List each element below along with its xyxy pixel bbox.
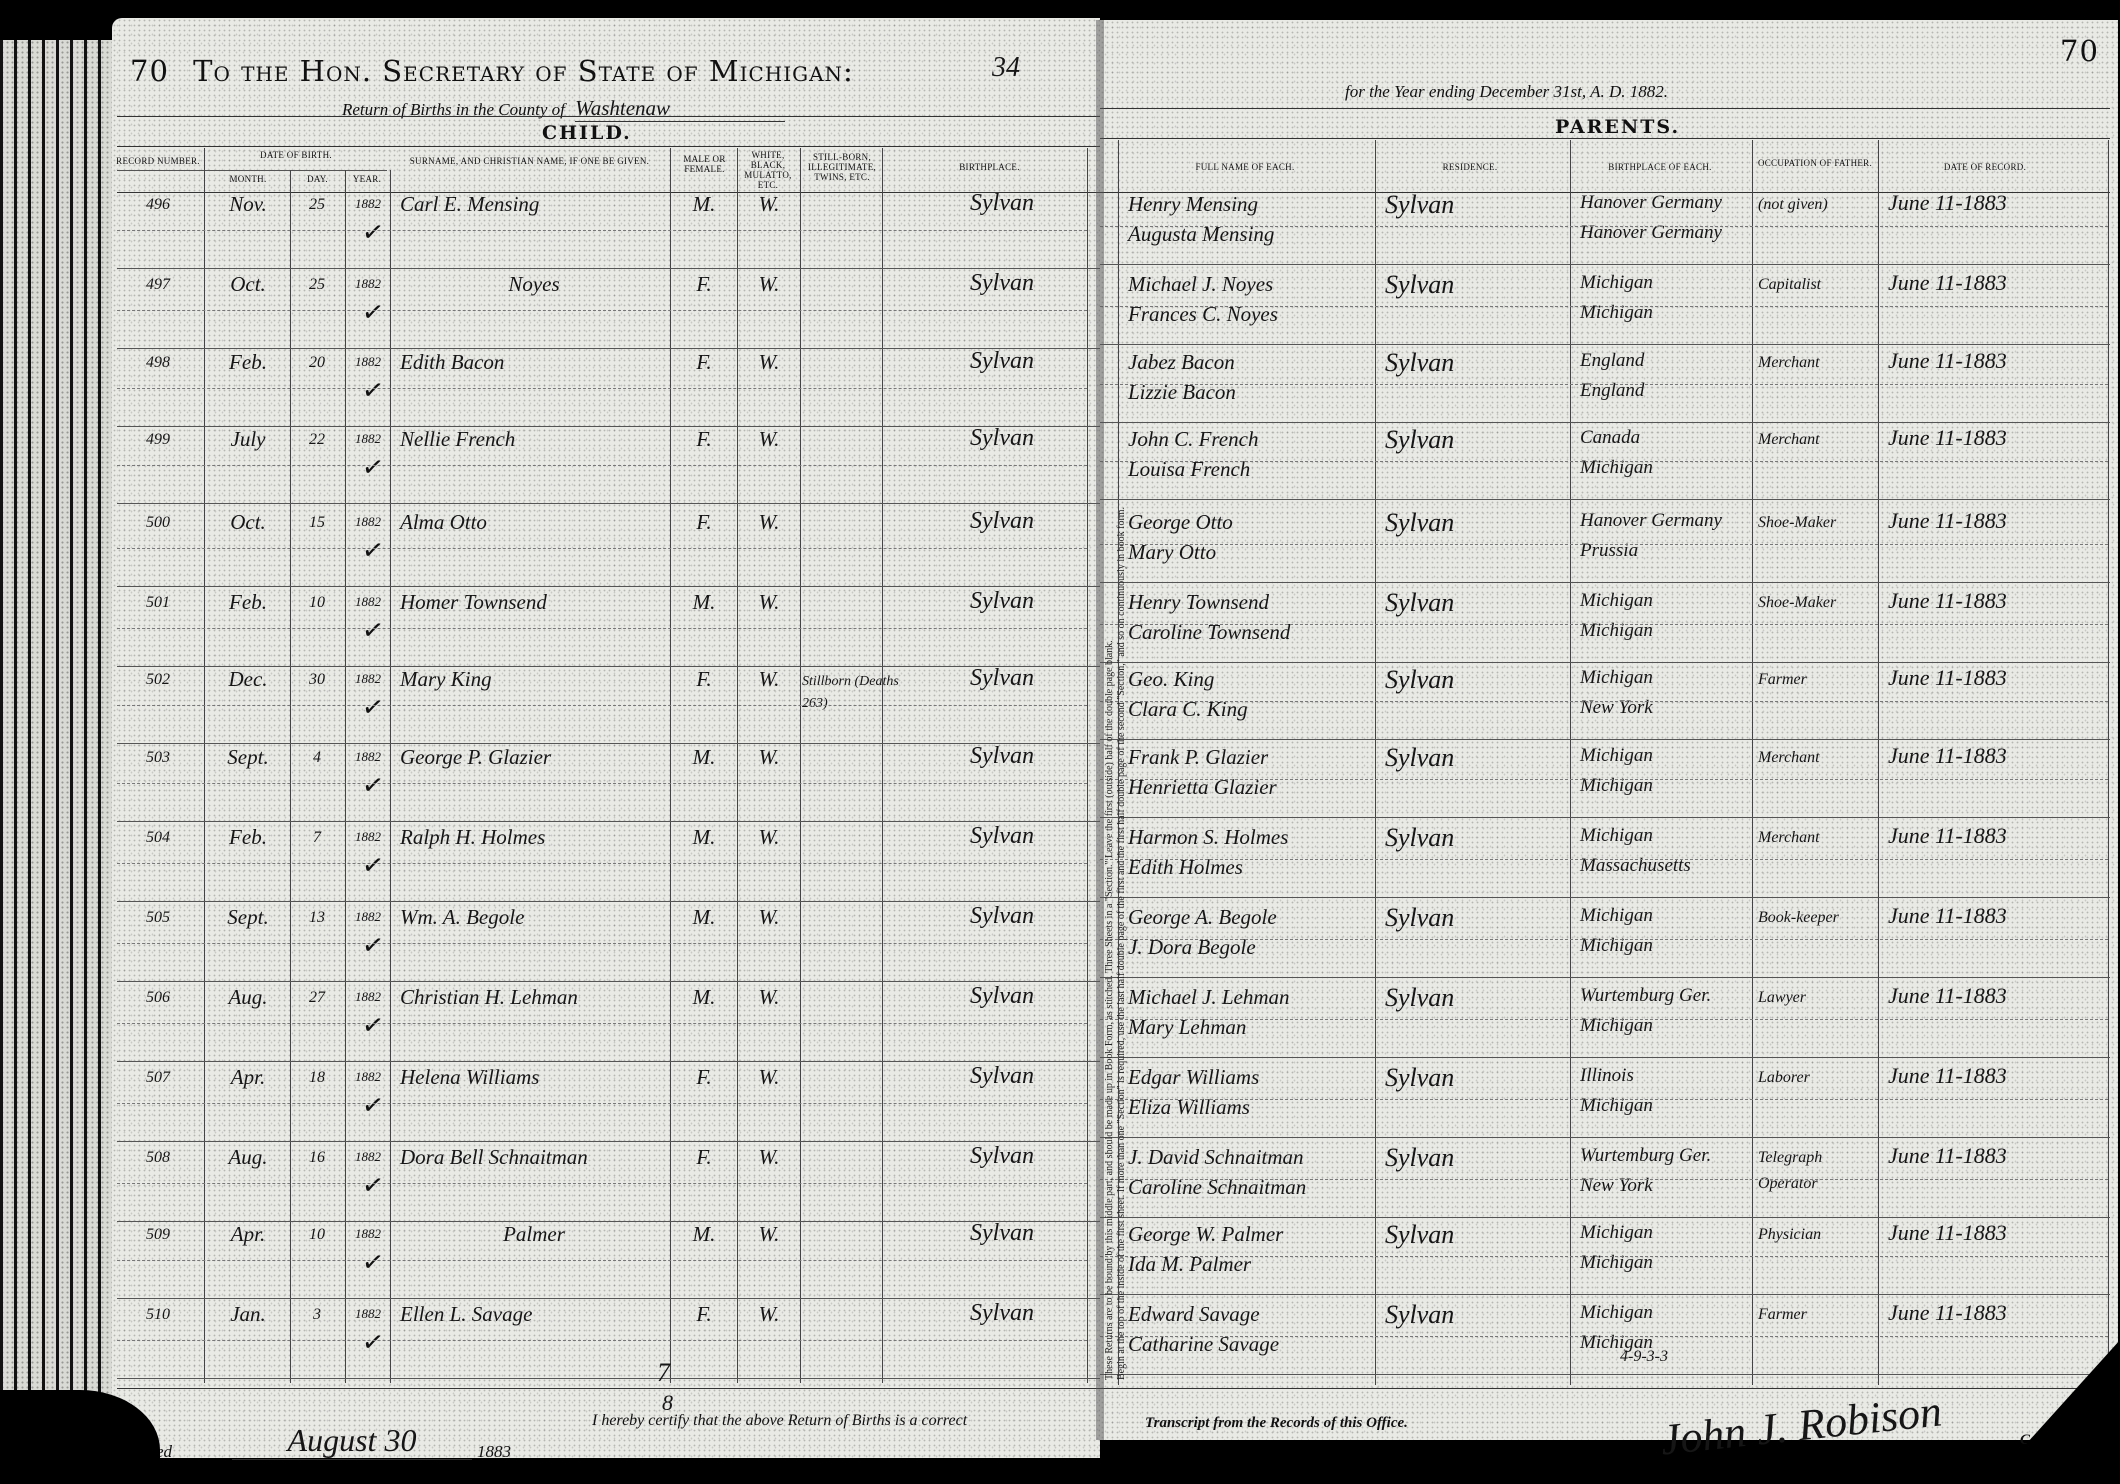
col-occupation: Occupation of Father. [1755,158,1875,168]
parents-residence: Sylvan [1385,1300,1454,1330]
birth-year: 1882 [347,749,389,765]
row-divider [117,981,1100,982]
row-divider-minor [1100,1256,2108,1257]
year-ending-line: for the Year ending December 31st, A. D.… [1345,82,1668,102]
father-birthplace: Illinois [1580,1065,1634,1087]
col-residence: Residence. [1375,162,1565,172]
row-divider-minor [117,465,1087,466]
birth-year: 1882 [347,594,389,610]
parents-residence: Sylvan [1385,1143,1454,1173]
father-birthplace: Wurtemburg Ger. [1580,985,1711,1007]
birth-day: 27 [292,989,342,1007]
child-name: Ellen L. Savage [400,1302,668,1327]
child-name: Ralph H. Holmes [400,825,668,850]
record-number: 505 [116,909,200,927]
child-race: W. [740,745,798,770]
child-name: Nellie French [400,427,668,452]
father-birthplace: Hanover Germany [1580,192,1722,214]
birth-month: Sept. [208,905,288,930]
birth-day: 7 [292,829,342,847]
record-number: 507 [116,1069,200,1087]
birth-year: 1882 [347,196,389,212]
record-number: 503 [116,749,200,767]
child-birthplace: Sylvan [922,270,1082,297]
birth-year: 1882 [347,354,389,370]
row-divider [117,901,1100,902]
child-birthplace: Sylvan [922,1063,1082,1090]
birth-day: 18 [292,1069,342,1087]
father-birthplace: Michigan [1580,1302,1653,1324]
father-occupation: Farmer [1758,1302,1876,1328]
col-day: Day. [290,174,345,184]
child-birthplace: Sylvan [922,588,1082,615]
dated-year: 1883 [477,1442,511,1462]
child-race: W. [740,1222,798,1247]
birth-day: 13 [292,909,342,927]
father-name: George Otto [1128,510,1233,535]
child-sex: M. [674,905,734,930]
return-of-births-line: Return of Births in the County of Washte… [342,96,785,122]
row-divider [1100,1057,2110,1058]
birth-month: Nov. [208,192,288,217]
birth-year: 1882 [347,514,389,530]
father-name: Henry Townsend [1128,590,1269,615]
birth-day: 25 [292,276,342,294]
checkmark-icon: ✓ [360,375,386,408]
date-of-record: June 11-1883 [1888,665,2007,691]
child-birthplace: Sylvan [922,743,1082,770]
father-occupation: Laborer [1758,1065,1876,1091]
child-name: Homer Townsend [400,590,668,615]
row-divider-minor [1100,939,2108,940]
child-name: Palmer [400,1222,668,1247]
father-birthplace: Michigan [1580,905,1653,927]
birth-month: Oct. [208,272,288,297]
row-divider [1100,1137,2110,1138]
child-race: W. [740,1302,798,1327]
gutter-instructions-line1: These Returns are to be bound by this mi… [1104,640,1115,1380]
birth-year: 1882 [347,1306,389,1322]
row-divider-minor [1100,624,2108,625]
child-sex: M. [674,985,734,1010]
row-divider-minor [117,1260,1087,1261]
book-binding-edge [0,40,112,1440]
child-sex: F. [674,1145,734,1170]
record-number: 509 [116,1226,200,1244]
father-occupation: Shoe-Maker [1758,590,1876,616]
child-sex: F. [674,1302,734,1327]
margin-note: 4-9-3-3 [1620,1348,1668,1366]
child-race: W. [740,510,798,535]
parents-residence: Sylvan [1385,270,1454,300]
row-divider-minor [1100,779,2108,780]
child-birthplace: Sylvan [922,348,1082,375]
row-divider [117,821,1100,822]
col-date-of-record: Date of Record. [1885,162,2085,172]
row-divider [117,1141,1100,1142]
child-birthplace: Sylvan [922,903,1082,930]
date-of-record: June 11-1883 [1888,1143,2007,1169]
row-divider-minor [117,1340,1087,1341]
birth-month: Apr. [208,1222,288,1247]
child-name: Dora Bell Schnaitman [400,1145,668,1170]
birth-month: Aug. [208,985,288,1010]
parents-residence: Sylvan [1385,190,1454,220]
birth-month: Sept. [208,745,288,770]
row-divider [1100,977,2110,978]
row-divider-minor [117,1103,1087,1104]
row-divider [1100,897,2110,898]
col-race: White, Black, Mulatto, Etc. [737,150,799,190]
birth-year: 1882 [347,989,389,1005]
date-of-record: June 11-1883 [1888,190,2007,216]
father-name: Harmon S. Holmes [1128,825,1288,850]
birth-day: 4 [292,749,342,767]
page-gutter [1096,20,1104,1440]
father-name: Edgar Williams [1128,1065,1259,1090]
birth-month: Jan. [208,1302,288,1327]
child-name: Mary King [400,667,668,692]
child-sex: M. [674,590,734,615]
birth-day: 22 [292,431,342,449]
checkmark-icon: ✓ [360,850,386,883]
col-still-born: Still-born, Illegitimate, Twins, Etc. [802,152,882,182]
child-name: Christian H. Lehman [400,985,668,1010]
parents-residence: Sylvan [1385,425,1454,455]
checkmark-icon: ✓ [360,615,386,648]
birth-month: Feb. [208,350,288,375]
birth-day: 15 [292,514,342,532]
gutter-instructions-line2: Begin at the top of the inside of the fi… [1116,507,1127,1380]
father-birthplace: Michigan [1580,1222,1653,1244]
row-divider-minor [1100,1336,2108,1337]
father-birthplace: Michigan [1580,272,1653,294]
date-of-record: June 11-1883 [1888,588,2007,614]
checkmark-icon: ✓ [360,535,386,568]
father-occupation: Lawyer [1758,985,1876,1011]
row-divider-minor [117,783,1087,784]
date-of-record: June 11-1883 [1888,348,2007,374]
birth-year: 1882 [347,829,389,845]
date-of-record: June 11-1883 [1888,903,2007,929]
father-occupation: Capitalist [1758,272,1876,298]
checkmark-icon: ✓ [360,452,386,485]
col-year: Year. [345,174,389,184]
checkmark-icon: ✓ [360,770,386,803]
child-race: W. [740,272,798,297]
parents-residence: Sylvan [1385,508,1454,538]
row-divider-minor [1100,859,2108,860]
birth-day: 25 [292,196,342,214]
child-race: W. [740,350,798,375]
checkmark-icon: ✓ [360,1327,386,1360]
father-birthplace: Hanover Germany [1580,510,1722,532]
row-divider [1100,1374,2110,1375]
row-divider-minor [117,1183,1087,1184]
birth-year: 1882 [347,431,389,447]
dated-value: August 30 [232,1422,472,1460]
birth-day: 20 [292,354,342,372]
child-sex: F. [674,1065,734,1090]
row-divider-minor [117,1023,1087,1024]
tally-mark-top: 7 [657,1358,670,1388]
birth-month: Apr. [208,1065,288,1090]
child-sex: M. [674,825,734,850]
row-divider [117,503,1100,504]
page-number-right: 70 [2060,34,2099,68]
right-page: 70 for the Year ending December 31st, A.… [1100,20,2118,1440]
col-birthplace: Birthplace. [892,162,1087,172]
father-birthplace: Michigan [1580,590,1653,612]
birth-year: 1882 [347,1149,389,1165]
date-of-record: June 11-1883 [1888,1220,2007,1246]
record-number: 498 [116,354,200,372]
father-occupation: (not given) [1758,192,1876,218]
checkmark-icon: ✓ [360,1247,386,1280]
row-divider-minor [117,230,1087,231]
father-name: Frank P. Glazier [1128,745,1268,770]
parents-column-headers: Full Name of Each. Residence. Birthplace… [1100,140,2110,192]
birth-month: Oct. [208,510,288,535]
child-race: W. [740,1065,798,1090]
child-name: Noyes [400,272,668,297]
father-name: Geo. King [1128,667,1214,692]
father-occupation: Merchant [1758,350,1876,376]
parents-residence: Sylvan [1385,743,1454,773]
child-sex: M. [674,745,734,770]
row-divider-minor [1100,461,2108,462]
row-divider [117,1298,1100,1299]
father-occupation: Merchant [1758,427,1876,453]
child-birthplace: Sylvan [922,190,1082,217]
child-race: W. [740,590,798,615]
father-occupation: Shoe-Maker [1758,510,1876,536]
record-number: 496 [116,196,200,214]
child-birthplace: Sylvan [922,983,1082,1010]
left-page: 70 To the Hon. Secretary of State of Mic… [112,18,1100,1458]
child-race: W. [740,905,798,930]
col-surname: Surname, and Christian Name, if one be g… [392,156,667,166]
father-name: Michael J. Noyes [1128,272,1273,297]
row-divider [117,268,1100,269]
checkmark-icon: ✓ [360,1010,386,1043]
child-name: Carl E. Mensing [400,192,668,217]
record-number: 497 [116,276,200,294]
parents-residence: Sylvan [1385,903,1454,933]
record-number: 506 [116,989,200,1007]
birth-month: Feb. [208,825,288,850]
child-sex: F. [674,272,734,297]
row-divider-minor [117,628,1087,629]
birth-day: 30 [292,671,342,689]
child-race: W. [740,427,798,452]
child-race: W. [740,825,798,850]
col-full-name: Full Name of Each. [1120,162,1370,172]
child-birthplace: Sylvan [922,665,1082,692]
record-number: 500 [116,514,200,532]
checkmark-icon: ✓ [360,1170,386,1203]
row-divider-minor [117,388,1087,389]
child-name: Alma Otto [400,510,668,535]
child-race: W. [740,192,798,217]
row-divider-minor [1100,544,2108,545]
row-divider-minor [1100,384,2108,385]
birth-year: 1882 [347,909,389,925]
father-occupation: Merchant [1758,825,1876,851]
father-name: Jabez Bacon [1128,350,1235,375]
child-name: Helena Williams [400,1065,668,1090]
row-divider-minor [117,705,1087,706]
row-divider [1100,499,2110,500]
checkmark-icon: ✓ [360,692,386,725]
parents-residence: Sylvan [1385,1063,1454,1093]
checkmark-icon: ✓ [360,930,386,963]
still-born-note: Stillborn (Deaths 263) [802,671,922,715]
child-sex: F. [674,510,734,535]
birth-day: 10 [292,1226,342,1244]
date-of-record: June 11-1883 [1888,743,2007,769]
father-birthplace: Michigan [1580,745,1653,767]
sheet-number: 34 [992,52,1020,84]
child-birthplace: Sylvan [922,1300,1082,1327]
heading-text: To the Hon. Secretary of State of Michig… [193,54,854,88]
child-birthplace: Sylvan [922,823,1082,850]
father-name: Edward Savage [1128,1302,1260,1327]
birth-month: Feb. [208,590,288,615]
father-birthplace: England [1580,350,1644,372]
child-name: George P. Glazier [400,745,668,770]
row-divider [1100,264,2110,265]
child-race: W. [740,985,798,1010]
father-name: John C. French [1128,427,1258,452]
father-name: Henry Mensing [1128,192,1258,217]
birth-day: 10 [292,594,342,612]
birth-year: 1882 [347,1226,389,1242]
birth-month: Aug. [208,1145,288,1170]
parents-residence: Sylvan [1385,348,1454,378]
row-divider [1100,1294,2110,1295]
child-sex: M. [674,1222,734,1247]
row-divider-minor [1100,1179,2108,1180]
child-sex: F. [674,350,734,375]
child-birthplace: Sylvan [922,1220,1082,1247]
row-divider [117,586,1100,587]
row-divider-minor [117,863,1087,864]
father-occupation: Physician [1758,1222,1876,1248]
birth-year: 1882 [347,276,389,292]
col-parent-birthplace: Birthplace of Each. [1570,162,1750,172]
checkmark-icon: ✓ [360,217,386,250]
date-of-record: June 11-1883 [1888,508,2007,534]
parents-section-title: PARENTS. [1555,116,1680,138]
child-name: Edith Bacon [400,350,668,375]
row-divider [1100,817,2110,818]
row-divider [117,1378,1100,1379]
row-divider-minor [117,943,1087,944]
father-name: George W. Palmer [1128,1222,1283,1247]
parents-residence: Sylvan [1385,665,1454,695]
col-date-of-birth: Date of Birth. [206,150,386,160]
registrar-signature: John J. Robison [1658,1385,1944,1465]
county-value: Washtenaw [575,96,785,122]
page-number-left: 70 [130,54,169,88]
record-number: 499 [116,431,200,449]
child-section-title: CHILD. [542,122,632,144]
checkmark-icon: ✓ [360,1090,386,1123]
certify-text: I hereby certify that the above Return o… [592,1412,967,1430]
father-occupation: Telegraph Operator [1758,1145,1876,1197]
date-of-record: June 11-1883 [1888,425,2007,451]
birth-year: 1882 [347,1069,389,1085]
row-divider [1100,582,2110,583]
row-divider-minor [1100,1099,2108,1100]
father-birthplace: Canada [1580,427,1640,449]
father-occupation: Farmer [1758,667,1876,693]
row-divider-minor [1100,226,2108,227]
row-divider-minor [117,548,1087,549]
record-number: 510 [116,1306,200,1324]
record-number: 508 [116,1149,200,1167]
birth-day: 3 [292,1306,342,1324]
date-of-record: June 11-1883 [1888,1300,2007,1326]
page-heading: 70 To the Hon. Secretary of State of Mic… [130,54,854,88]
father-name: George A. Begole [1128,905,1277,930]
child-sex: F. [674,667,734,692]
row-divider-minor [1100,306,2108,307]
child-race: W. [740,667,798,692]
date-of-record: June 11-1883 [1888,823,2007,849]
father-birthplace: Wurtemburg Ger. [1580,1145,1711,1167]
checkmark-icon: ✓ [360,297,386,330]
father-occupation: Merchant [1758,745,1876,771]
col-month: Month. [206,174,290,184]
date-of-record: June 11-1883 [1888,1063,2007,1089]
father-birthplace: Michigan [1580,667,1653,689]
record-number: 502 [116,671,200,689]
date-of-record: June 11-1883 [1888,270,2007,296]
birth-month: Dec. [208,667,288,692]
row-divider-minor [1100,1019,2108,1020]
parents-residence: Sylvan [1385,823,1454,853]
father-name: Michael J. Lehman [1128,985,1290,1010]
col-sex: Male or Female. [672,154,737,174]
col-record-number: Record Number. [112,156,204,166]
child-birthplace: Sylvan [922,508,1082,535]
row-divider [117,1061,1100,1062]
child-sex: F. [674,427,734,452]
birth-month: July [208,427,288,452]
child-name: Wm. A. Begole [400,905,668,930]
row-divider-minor [1100,701,2108,702]
child-race: W. [740,1145,798,1170]
father-name: J. David Schnaitman [1128,1145,1304,1170]
record-number: 504 [116,829,200,847]
birth-day: 16 [292,1149,342,1167]
father-birthplace: Michigan [1580,825,1653,847]
parents-residence: Sylvan [1385,1220,1454,1250]
child-birthplace: Sylvan [922,425,1082,452]
father-occupation: Book-keeper [1758,905,1876,931]
child-sex: M. [674,192,734,217]
parents-residence: Sylvan [1385,588,1454,618]
transcript-text: Transcript from the Records of this Offi… [1145,1415,1408,1432]
date-of-record: June 11-1883 [1888,983,2007,1009]
record-number: 501 [116,594,200,612]
child-birthplace: Sylvan [922,1143,1082,1170]
birth-year: 1882 [347,671,389,687]
parents-residence: Sylvan [1385,983,1454,1013]
row-divider-minor [117,310,1087,311]
